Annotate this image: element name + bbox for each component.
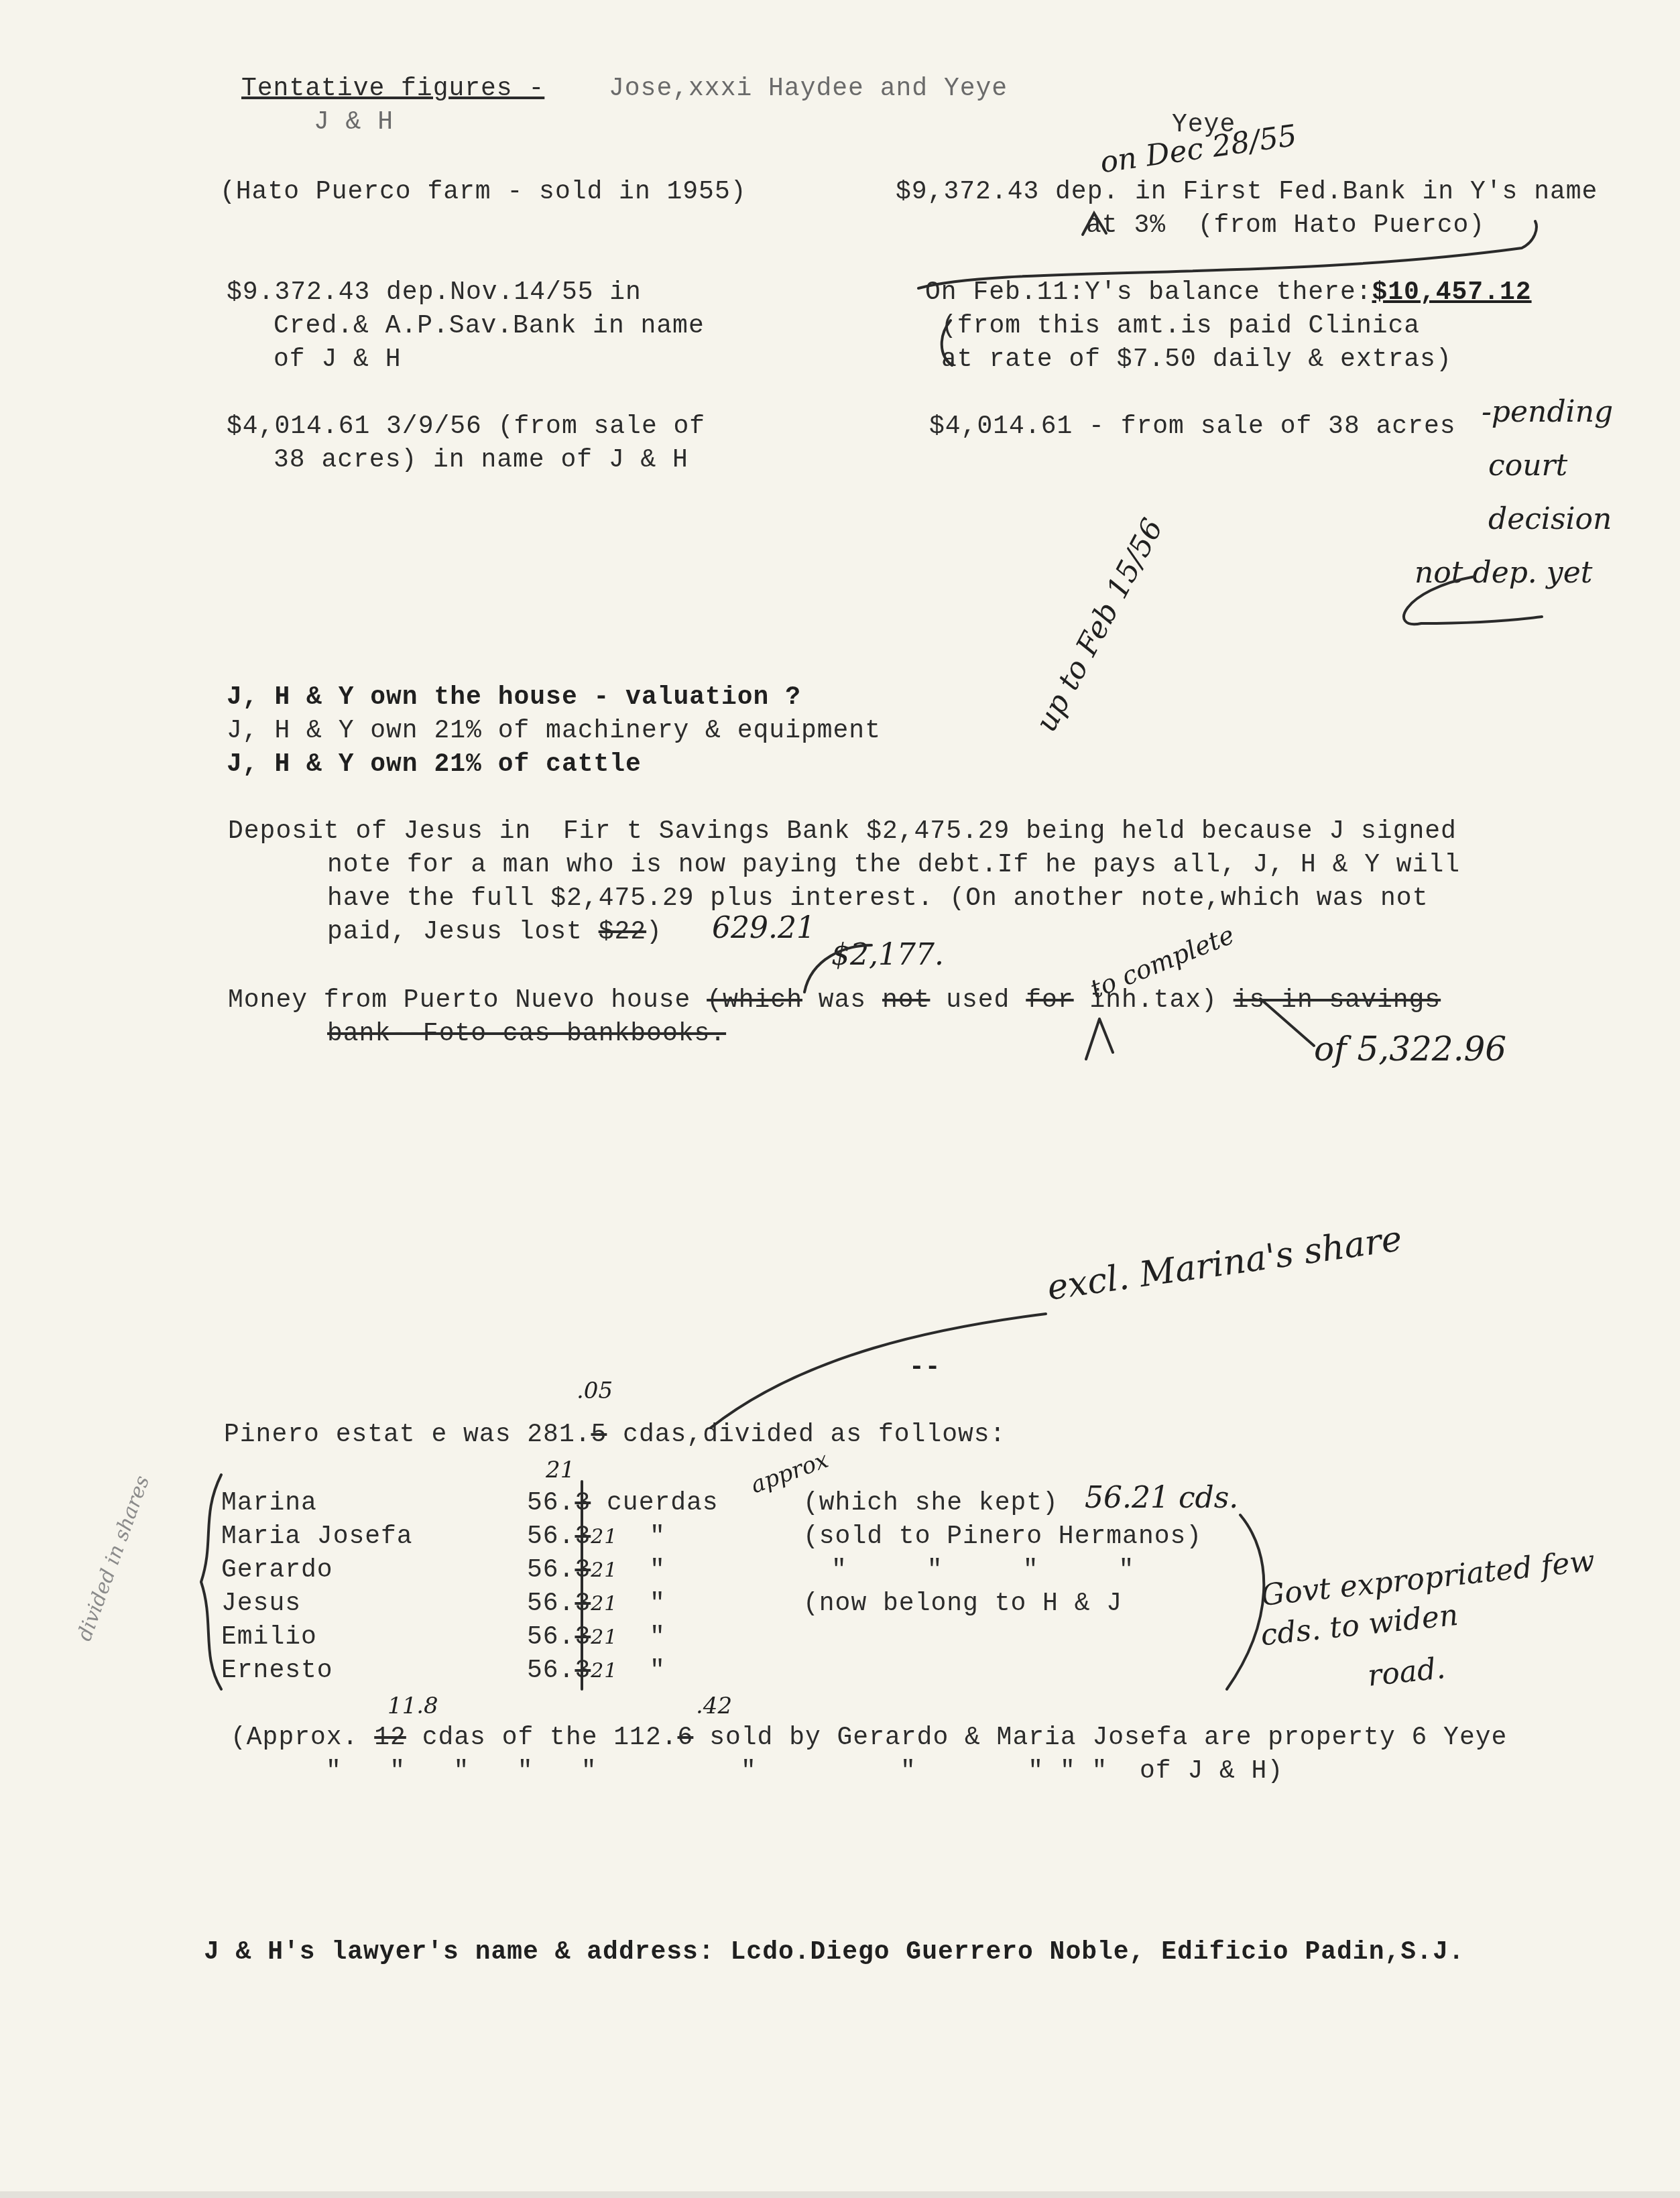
page-edge	[0, 2191, 1680, 2198]
document-page: Tentative figures - Jose,xxxi Haydee and…	[0, 0, 1680, 2198]
handwritten-strokes	[0, 0, 1680, 2198]
